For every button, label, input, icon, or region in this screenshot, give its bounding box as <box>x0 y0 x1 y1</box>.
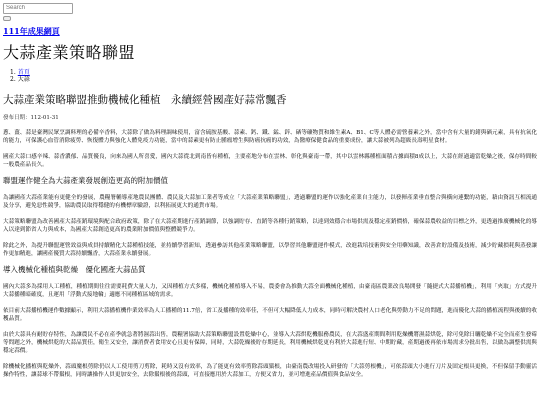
article-paragraph: 大蒜策略聯盟為改善國產大蒜產銷環境與配合政府政策，除了在大蒜產期進行產銷調節，以… <box>3 218 537 234</box>
breadcrumb-item-current: 2.大蒜 <box>10 76 30 83</box>
publish-date: 發布日期：112-01-31 <box>3 113 59 121</box>
article-paragraph: 除機械化播植與乾燥外，蒜頭魔根剪除仍以人工使用剪刀剪除，耗時又沒有效率，為了能更… <box>3 363 537 379</box>
article-paragraph: 除此之外，為提升聯盟運營效益與成員持續精化大蒜種植技能，並持續學習新知，透過參訪… <box>3 242 537 258</box>
article-paragraph: 為讓國產大蒜產業能有更健全的發展，農糧署輔導產地農民團體、農民及大蒜加工業者等成… <box>3 194 537 210</box>
article-paragraph: 依目前大蒜播植機運作數據顯示，利用大蒜播植機作業效率為人工播種的11.7倍，省工… <box>3 307 537 323</box>
breadcrumb-item-home: 1.首頁 <box>10 69 30 76</box>
section-heading: 導入機械化種植與乾燥 優化國產大蒜品質 <box>3 266 537 274</box>
menu-toggle-button[interactable] <box>3 16 11 21</box>
article-paragraph: 國內大蒜多為採用人工種植，種植期間往往需要耗費大量人力，又因種植方式多樣，機械化… <box>3 283 537 299</box>
site-title: 大蒜產業策略聯盟 <box>3 40 135 63</box>
article-paragraph: 國產大蒜口感辛辣、蒜香濃郁、品質優良，向來為國人所喜愛，國內大蒜從北到南皆有種植… <box>3 153 537 169</box>
article-paragraph: 蔥、薑、蒜是臺灣民眾烹調料理的必備辛香料，大蒜除了做為料理調味使用，富含硫胺基酸… <box>3 129 537 145</box>
search-input[interactable] <box>3 3 73 14</box>
breadcrumb-current-label: 大蒜 <box>18 76 30 83</box>
article-title: 大蒜產業策略聯盟推動機械化種植 永續經營國產好蒜常飄香 <box>3 92 287 107</box>
breadcrumb-link-home[interactable]: 首頁 <box>18 69 30 76</box>
article-content: 蔥、薑、蒜是臺灣民眾烹調料理的必備辛香料，大蒜除了做為料理調味使用，富含硫胺基酸… <box>3 129 537 387</box>
article-paragraph: 由於大蒜具有耐貯存特性，為讓農民不必在產季就急著將濕蒜出售，農糧署協助大蒜策略聯… <box>3 331 537 355</box>
section-heading: 聯盟運作健全為大蒜產業發展創造更高的附加價值 <box>3 177 537 185</box>
site-home-link[interactable]: 111年成果網頁 <box>3 26 60 37</box>
breadcrumb-number: 1. <box>10 69 16 76</box>
breadcrumb: 1.首頁 2.大蒜 <box>10 69 30 83</box>
breadcrumb-number: 2. <box>10 76 16 83</box>
